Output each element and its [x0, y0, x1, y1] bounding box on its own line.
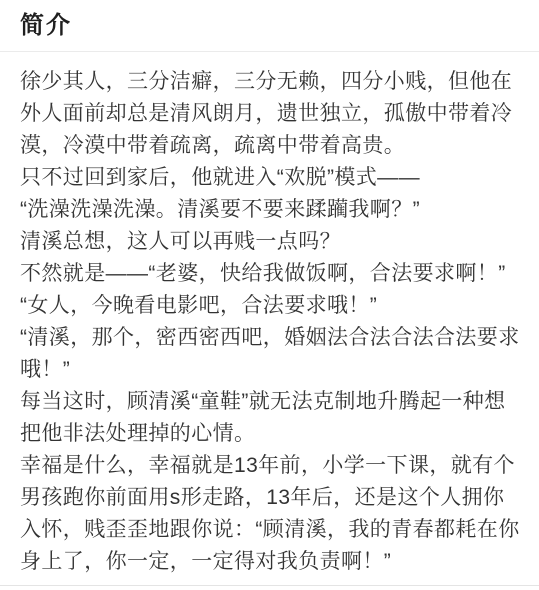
- text-line: 入怀，贱歪歪地跟你说：“顾清溪，我的青春都耗在你: [20, 514, 523, 546]
- intro-page: 简介 徐少其人，三分洁癖，三分无赖，四分小贱，但他在 外人面前却总是清风朗月，遗…: [0, 0, 539, 590]
- intro-body: 徐少其人，三分洁癖，三分无赖，四分小贱，但他在 外人面前却总是清风朗月，遗世独立…: [0, 52, 539, 578]
- text-line: 身上了，你一定，一定得对我负责啊！”: [20, 546, 523, 578]
- text-line: “清溪，那个，密西密西吧，婚姻法合法合法合法要求: [20, 322, 523, 354]
- page-header: 简介: [0, 0, 539, 51]
- text-line: 漠，冷漠中带着疏离，疏离中带着高贵。: [20, 130, 523, 162]
- text-line: 不然就是——“老婆，快给我做饭啊，合法要求啊！”: [20, 258, 523, 290]
- text-line: 男孩跑你前面用s形走路，13年后，还是这个人拥你: [20, 482, 523, 514]
- text-line: “女人，今晚看电影吧，合法要求哦！”: [20, 290, 523, 322]
- text-line: 哦！”: [20, 354, 523, 386]
- text-line: 把他非法处理掉的心情。: [20, 418, 523, 450]
- bottom-divider: [0, 585, 539, 586]
- text-line: 只不过回到家后，他就进入“欢脱”模式——: [20, 162, 523, 194]
- text-line: 幸福是什么，幸福就是13年前，小学一下课，就有个: [20, 450, 523, 482]
- text-line: 清溪总想，这人可以再贱一点吗？: [20, 226, 523, 258]
- text-line: “洗澡洗澡洗澡。清溪要不要来蹂躏我啊？”: [20, 194, 523, 226]
- text-line: 每当这时，顾清溪“童鞋”就无法克制地升腾起一种想: [20, 386, 523, 418]
- text-line: 外人面前却总是清风朗月，遗世独立，孤傲中带着冷: [20, 98, 523, 130]
- text-line: 徐少其人，三分洁癖，三分无赖，四分小贱，但他在: [20, 66, 523, 98]
- page-title: 简介: [20, 12, 519, 40]
